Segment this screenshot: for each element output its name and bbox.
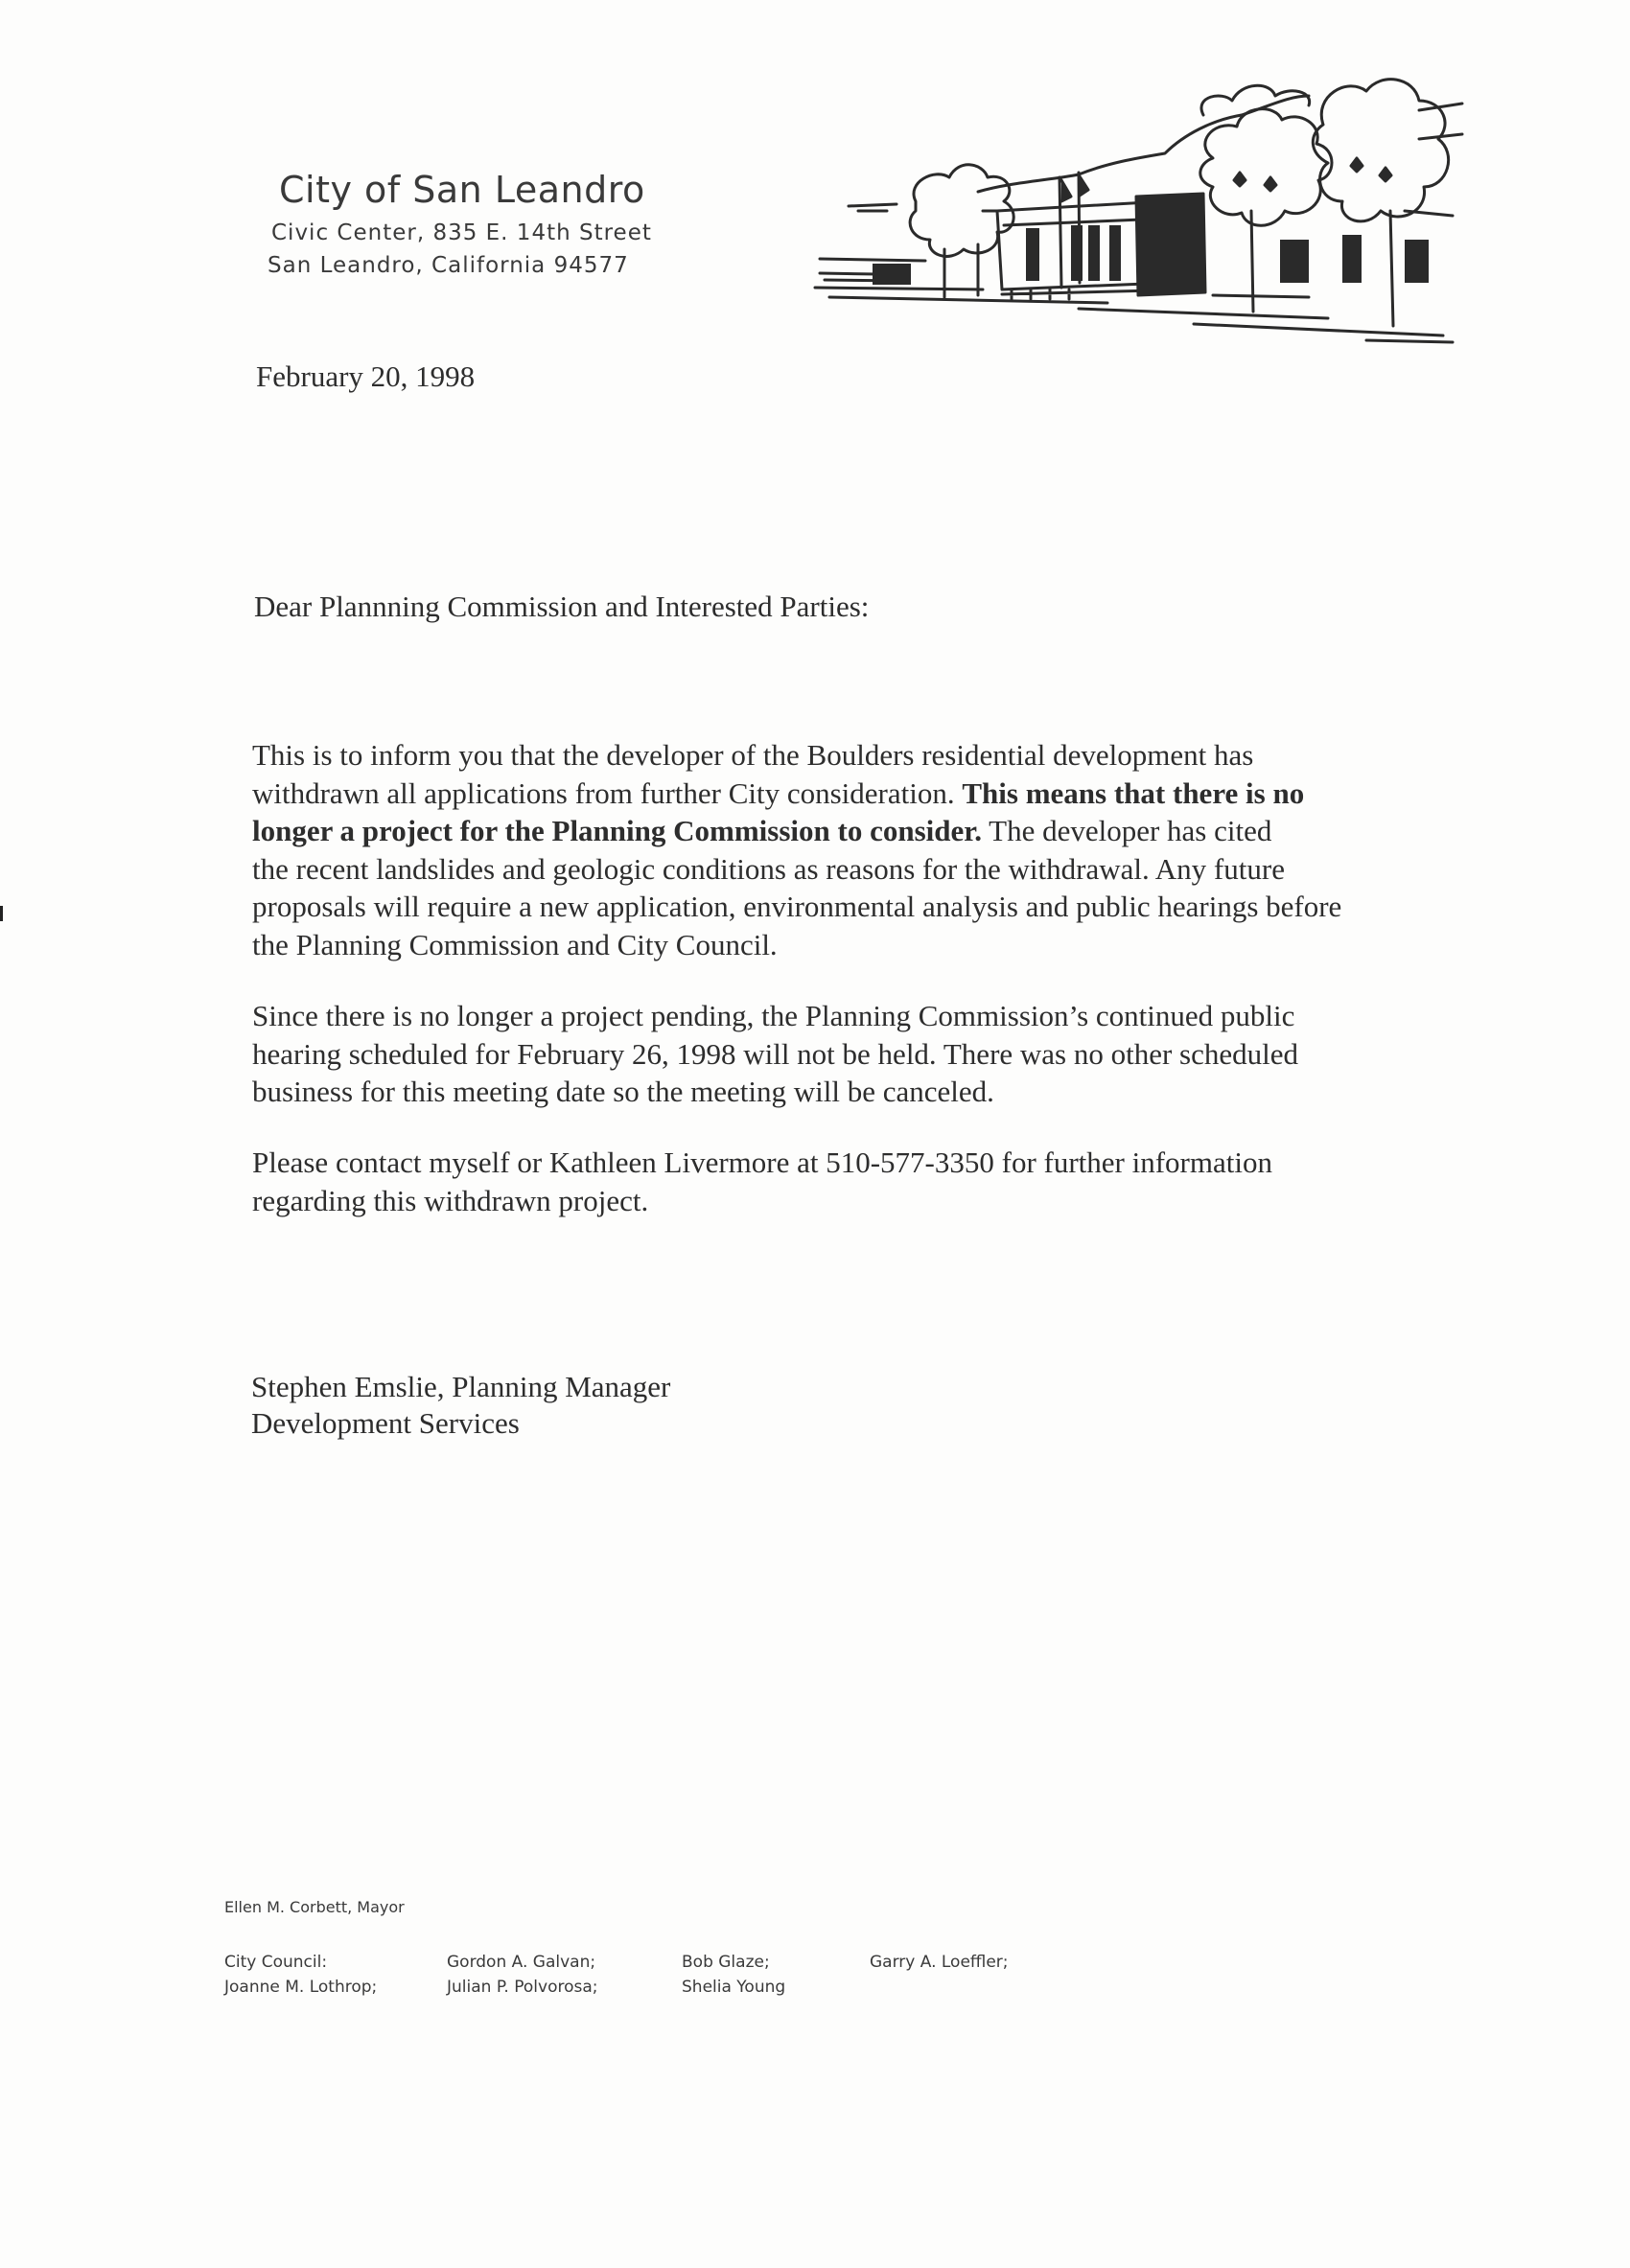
signature-department: Development Services xyxy=(251,1405,670,1442)
footer-council-column-2: Gordon A. Galvan; Julian P. Polvorosa; xyxy=(447,1950,598,2000)
body-paragraph-2: Since there is no longer a project pendi… xyxy=(252,997,1403,1111)
paragraph-line: This is to inform you that the developer… xyxy=(252,736,1403,775)
paragraph-line: the recent landslides and geologic condi… xyxy=(252,850,1403,889)
signature-name-title: Stephen Emslie, Planning Manager xyxy=(251,1369,670,1405)
letterhead-address-line2: San Leandro, California 94577 xyxy=(268,253,629,278)
council-entry: Bob Glaze; xyxy=(682,1950,785,1975)
paragraph-line: hearing scheduled for February 26, 1998 … xyxy=(252,1035,1403,1074)
emphasis-text: longer a project for the Planning Commis… xyxy=(252,814,982,847)
council-entry: Garry A. Loeffler; xyxy=(870,1950,1009,1975)
paragraph-line: longer a project for the Planning Commis… xyxy=(252,812,1403,850)
footer-mayor: Ellen M. Corbett, Mayor xyxy=(224,1898,405,1916)
paragraph-line: the Planning Commission and City Council… xyxy=(252,926,1403,964)
paragraph-line: regarding this withdrawn project. xyxy=(252,1182,1403,1220)
council-entry: Gordon A. Galvan; xyxy=(447,1950,598,1975)
paragraph-line: Since there is no longer a project pendi… xyxy=(252,997,1403,1035)
footer-council-column-4: Garry A. Loeffler; xyxy=(870,1950,1009,1975)
signature-block: Stephen Emslie, Planning Manager Develop… xyxy=(251,1369,670,1442)
paragraph-text: withdrawn all applications from further … xyxy=(252,776,962,810)
letterhead-address-line1: Civic Center, 835 E. 14th Street xyxy=(271,220,652,245)
council-entry: Joanne M. Lothrop; xyxy=(224,1975,377,2000)
letterhead-city-name: City of San Leandro xyxy=(279,169,645,211)
paragraph-line: business for this meeting date so the me… xyxy=(252,1073,1403,1111)
paragraph-line: Please contact myself or Kathleen Liverm… xyxy=(252,1144,1403,1182)
letter-page: City of San Leandro Civic Center, 835 E.… xyxy=(0,0,1630,2268)
scan-edge-mark xyxy=(0,906,3,921)
paragraph-text: The developer has cited xyxy=(982,814,1271,847)
emphasis-text: This means that there is no xyxy=(962,776,1304,810)
civic-center-building-with-trees-icon xyxy=(791,67,1467,345)
paragraph-line: withdrawn all applications from further … xyxy=(252,775,1403,813)
body-paragraph-3: Please contact myself or Kathleen Liverm… xyxy=(252,1144,1403,1219)
body-paragraph-1: This is to inform you that the developer… xyxy=(252,736,1403,963)
council-entry: Shelia Young xyxy=(682,1975,785,2000)
letter-date: February 20, 1998 xyxy=(256,359,475,394)
footer-council-column-3: Bob Glaze; Shelia Young xyxy=(682,1950,785,2000)
letter-salutation: Dear Plannning Commission and Interested… xyxy=(254,590,869,624)
paragraph-line: proposals will require a new application… xyxy=(252,888,1403,926)
footer-council-column-1: City Council: Joanne M. Lothrop; xyxy=(224,1950,377,2000)
council-entry: Julian P. Polvorosa; xyxy=(447,1975,598,2000)
council-entry: City Council: xyxy=(224,1950,377,1975)
